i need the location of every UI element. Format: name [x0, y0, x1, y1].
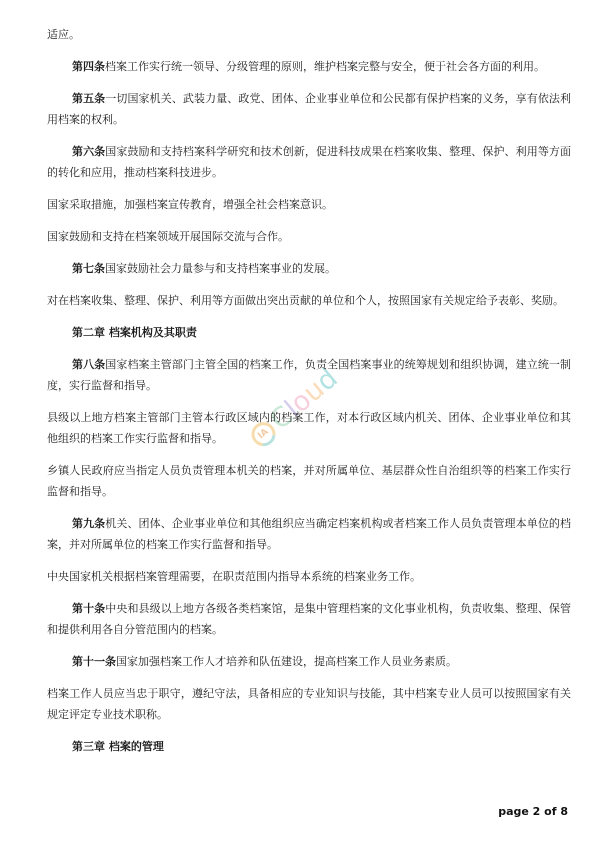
- chapter-heading: 第三章 档案的管理: [47, 736, 571, 757]
- article-number: 第五条: [72, 92, 105, 105]
- paragraph-text: 档案工作实行统一领导、分级管理的原则，维护档案完整与安全，便于社会各方面的利用。: [105, 60, 545, 73]
- article-paragraph: 第四条档案工作实行统一领导、分级管理的原则，维护档案完整与安全，便于社会各方面的…: [47, 56, 571, 77]
- body-paragraph: 对在档案收集、整理、保护、利用等方面做出突出贡献的单位和个人，按照国家有关规定给…: [47, 290, 571, 311]
- article-number: 第十条: [72, 602, 105, 615]
- article-number: 第八条: [72, 358, 105, 371]
- article-paragraph: 第六条国家鼓励和支持档案科学研究和技术创新，促进科技成果在档案收集、整理、保护、…: [47, 141, 571, 183]
- body-paragraph: 县级以上地方档案主管部门主管本行政区域内的档案工作，对本行政区域内机关、团体、企…: [47, 407, 571, 449]
- body-paragraph: 国家鼓励和支持在档案领域开展国际交流与合作。: [47, 226, 571, 247]
- article-paragraph: 第八条国家档案主管部门主管全国的档案工作，负责全国档案事业的统筹规划和组织协调，…: [47, 354, 571, 396]
- paragraph-text: 中央和县级以上地方各级各类档案馆，是集中管理档案的文化事业机构，负责收集、整理、…: [47, 602, 571, 636]
- paragraph-text: 一切国家机关、武装力量、政党、团体、企业事业单位和公民都有保护档案的义务，享有依…: [47, 92, 571, 126]
- article-number: 第七条: [72, 262, 105, 275]
- paragraph-text: 县级以上地方档案主管部门主管本行政区域内的档案工作，对本行政区域内机关、团体、企…: [47, 411, 571, 445]
- paragraph-text: 国家加强档案工作人才培养和队伍建设，提高档案工作人员业务素质。: [116, 655, 457, 668]
- document-page: IA Cloud 适应。 第四条档案工作实行统一领导、分级管理的原则，维护档案完…: [0, 0, 595, 842]
- paragraph-text: 国家采取措施，加强档案宣传教育，增强全社会档案意识。: [47, 198, 333, 211]
- paragraph-text: 档案工作人员应当忠于职守，遵纪守法，具备相应的专业知识与技能，其中档案专业人员可…: [47, 687, 571, 721]
- heading-text: 第三章 档案的管理: [72, 740, 164, 753]
- page-number: page 2 of 8: [498, 805, 568, 818]
- article-paragraph: 第五条一切国家机关、武装力量、政党、团体、企业事业单位和公民都有保护档案的义务，…: [47, 88, 571, 130]
- article-paragraph: 第九条机关、团体、企业事业单位和其他组织应当确定档案机构或者档案工作人员负责管理…: [47, 513, 571, 555]
- article-paragraph: 第十条中央和县级以上地方各级各类档案馆，是集中管理档案的文化事业机构，负责收集、…: [47, 598, 571, 640]
- paragraph-text: 适应。: [47, 28, 80, 41]
- paragraph-text: 国家鼓励和支持档案科学研究和技术创新，促进科技成果在档案收集、整理、保护、利用等…: [47, 145, 571, 179]
- article-paragraph: 第十一条国家加强档案工作人才培养和队伍建设，提高档案工作人员业务素质。: [47, 651, 571, 672]
- body-paragraph: 档案工作人员应当忠于职守，遵纪守法，具备相应的专业知识与技能，其中档案专业人员可…: [47, 683, 571, 725]
- body-paragraph: 乡镇人民政府应当指定人员负责管理本机关的档案，并对所属单位、基层群众性自治组织等…: [47, 460, 571, 502]
- article-number: 第十一条: [72, 655, 116, 668]
- paragraph-text: 机关、团体、企业事业单位和其他组织应当确定档案机构或者档案工作人员负责管理本单位…: [47, 517, 571, 551]
- paragraph-text: 国家档案主管部门主管全国的档案工作，负责全国档案事业的统筹规划和组织协调，建立统…: [47, 358, 571, 392]
- article-number: 第六条: [72, 145, 105, 158]
- heading-text: 第二章 档案机构及其职责: [72, 326, 197, 339]
- body-paragraph: 国家采取措施，加强档案宣传教育，增强全社会档案意识。: [47, 194, 571, 215]
- chapter-heading: 第二章 档案机构及其职责: [47, 322, 571, 343]
- article-number: 第九条: [72, 517, 105, 530]
- paragraph-text: 国家鼓励社会力量参与和支持档案事业的发展。: [105, 262, 336, 275]
- document-body: 适应。 第四条档案工作实行统一领导、分级管理的原则，维护档案完整与安全，便于社会…: [47, 24, 571, 757]
- article-number: 第四条: [72, 60, 105, 73]
- paragraph-text: 国家鼓励和支持在档案领域开展国际交流与合作。: [47, 230, 289, 243]
- body-paragraph: 适应。: [47, 24, 571, 45]
- body-paragraph: 中央国家机关根据档案管理需要，在职责范围内指导本系统的档案业务工作。: [47, 566, 571, 587]
- paragraph-text: 对在档案收集、整理、保护、利用等方面做出突出贡献的单位和个人，按照国家有关规定给…: [47, 294, 564, 307]
- paragraph-text: 乡镇人民政府应当指定人员负责管理本机关的档案，并对所属单位、基层群众性自治组织等…: [47, 464, 571, 498]
- paragraph-text: 中央国家机关根据档案管理需要，在职责范围内指导本系统的档案业务工作。: [47, 570, 421, 583]
- article-paragraph: 第七条国家鼓励社会力量参与和支持档案事业的发展。: [47, 258, 571, 279]
